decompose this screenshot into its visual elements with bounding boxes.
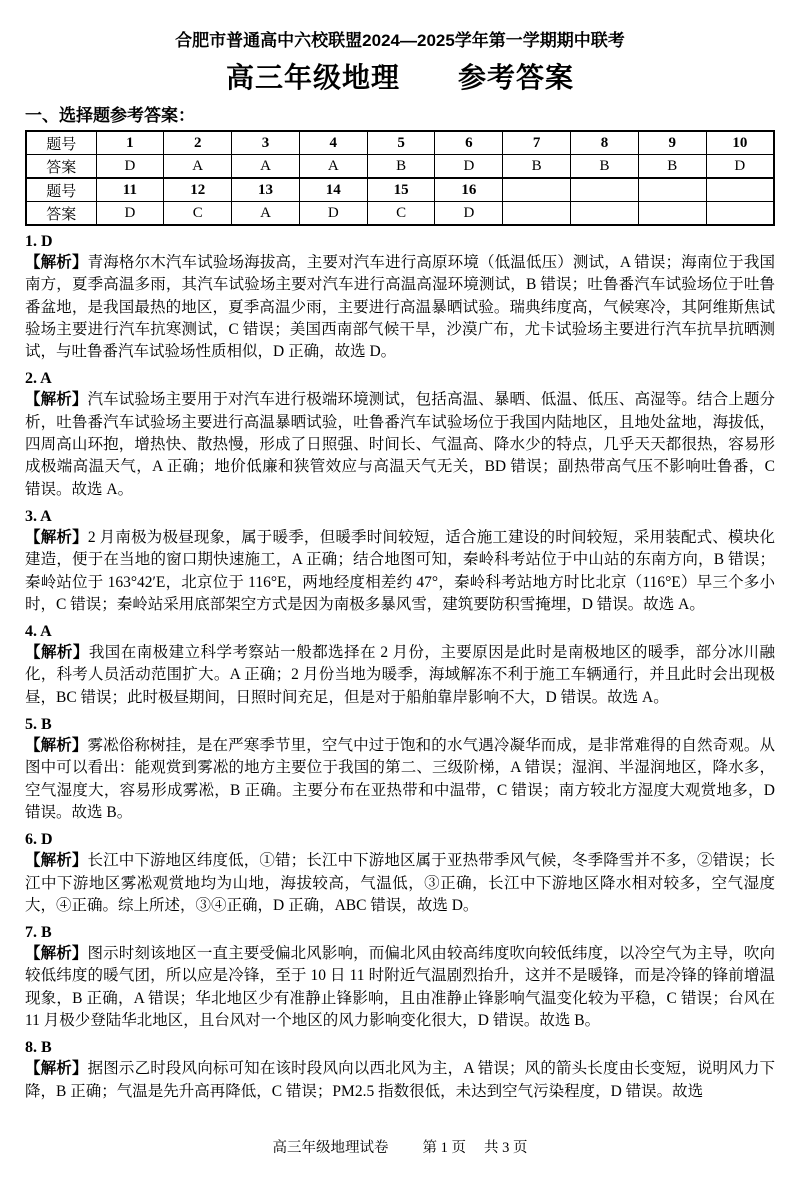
footer-page-number: 第 1 页 <box>423 1140 467 1156</box>
question-answer-label: 6. D <box>25 829 775 850</box>
answer-cell: B <box>571 155 639 179</box>
explanation-section-4: 4. A 【解析】我国在南极建立科学考察站一般都选择在 2 月份，主要原因是此时… <box>25 621 775 709</box>
answer-cell: C <box>367 202 435 226</box>
explanation-section-3: 3. A 【解析】2 月南极为极昼现象，属于暖季，但暖季时间较短，适合施工建设的… <box>25 506 775 616</box>
explanation-body-text: 据图示乙时段风向标可知在该时段风向以西北风为主，A 错误；风的箭头长度由长变短，… <box>25 1060 775 1099</box>
question-number-cell: 10 <box>706 131 774 155</box>
explanation-section-1: 1. D 【解析】青海格尔木汽车试验场海拔高，主要对汽车进行高原环境（低温低压）… <box>25 231 775 363</box>
table-row-question-numbers-2: 题号 11 12 13 14 15 16 <box>26 178 774 202</box>
answer-cell: B <box>638 155 706 179</box>
explanation-section-8: 8. B 【解析】据图示乙时段风向标可知在该时段风向以西北风为主，A 错误；风的… <box>25 1037 775 1103</box>
question-number-cell: 3 <box>232 131 300 155</box>
explanation-body-text: 图示时刻该地区一直主要受偏北风影响，而偏北风由较高纬度吹向较低纬度，以冷空气为主… <box>25 945 775 1029</box>
row-label-cell: 答案 <box>26 202 96 226</box>
explanation-text: 【解析】图示时刻该地区一直主要受偏北风影响，而偏北风由较高纬度吹向较低纬度，以冷… <box>25 943 775 1032</box>
explanation-text: 【解析】我国在南极建立科学考察站一般都选择在 2 月份，主要原因是此时是南极地区… <box>25 642 775 709</box>
question-number-cell: 9 <box>638 131 706 155</box>
answer-cell: D <box>96 202 164 226</box>
answer-cell: A <box>232 202 300 226</box>
question-number-cell: 11 <box>96 178 164 202</box>
answer-cell: A <box>232 155 300 179</box>
row-label-cell: 题号 <box>26 131 96 155</box>
explanation-body-text: 汽车试验场主要用于对汽车进行极端环境测试，包括高温、暴晒、低温、低压、高湿等。结… <box>25 391 775 497</box>
question-number-cell: 5 <box>367 131 435 155</box>
analysis-tag: 【解析】 <box>25 945 88 962</box>
table-row-question-numbers-1: 题号 1 2 3 4 5 6 7 8 9 10 <box>26 131 774 155</box>
explanation-body-text: 青海格尔木汽车试验场海拔高，主要对汽车进行高原环境（低温低压）测试，A 错误；海… <box>25 254 775 360</box>
empty-cell <box>706 202 774 226</box>
empty-cell <box>638 202 706 226</box>
explanation-text: 【解析】汽车试验场主要用于对汽车进行极端环境测试，包括高温、暴晒、低温、低压、高… <box>25 389 775 500</box>
question-number-cell: 13 <box>232 178 300 202</box>
question-number-cell: 14 <box>299 178 367 202</box>
answer-cell: A <box>164 155 232 179</box>
answer-cell: B <box>503 155 571 179</box>
answer-cell: B <box>367 155 435 179</box>
page-subtitle: 高三年级地理 参考答案 <box>25 61 775 95</box>
explanation-section-5: 5. B 【解析】雾凇俗称树挂，是在严寒季节里，空气中过于饱和的水气遇冷凝华而成… <box>25 714 775 824</box>
answer-cell: D <box>299 202 367 226</box>
analysis-tag: 【解析】 <box>25 254 88 271</box>
empty-cell <box>571 178 639 202</box>
exam-answer-page: 合肥市普通高中六校联盟2024—2025学年第一学期期中联考 高三年级地理 参考… <box>0 0 800 1200</box>
analysis-tag: 【解析】 <box>25 391 88 408</box>
question-number-cell: 15 <box>367 178 435 202</box>
question-answer-label: 4. A <box>25 621 775 642</box>
question-number-cell: 8 <box>571 131 639 155</box>
explanation-text: 【解析】青海格尔木汽车试验场海拔高，主要对汽车进行高原环境（低温低压）测试，A … <box>25 252 775 363</box>
analysis-tag: 【解析】 <box>25 529 88 546</box>
explanation-body-text: 长江中下游地区纬度低，①错；长江中下游地区属于亚热带季风气候，冬季降雪并不多，②… <box>25 852 775 914</box>
question-answer-label: 5. B <box>25 714 775 735</box>
table-row-answers-2: 答案 D C A D C D <box>26 202 774 226</box>
answer-cell: D <box>435 202 503 226</box>
empty-cell <box>503 202 571 226</box>
page-footer: 高三年级地理试卷第 1 页共 3 页 <box>0 1136 800 1157</box>
analysis-tag: 【解析】 <box>25 644 89 661</box>
answer-cell: D <box>96 155 164 179</box>
section-heading-choice-answers: 一、选择题参考答案： <box>25 105 775 127</box>
answer-table: 题号 1 2 3 4 5 6 7 8 9 10 答案 D A A A B D B… <box>25 130 775 226</box>
answer-cell: C <box>164 202 232 226</box>
explanation-section-2: 2. A 【解析】汽车试验场主要用于对汽车进行极端环境测试，包括高温、暴晒、低温… <box>25 368 775 500</box>
question-number-cell: 6 <box>435 131 503 155</box>
explanation-text: 【解析】据图示乙时段风向标可知在该时段风向以西北风为主，A 错误；风的箭头长度由… <box>25 1058 775 1103</box>
explanation-body-text: 我国在南极建立科学考察站一般都选择在 2 月份，主要原因是此时是南极地区的暖季，… <box>25 644 775 706</box>
question-number-cell: 12 <box>164 178 232 202</box>
question-answer-label: 1. D <box>25 231 775 252</box>
explanation-text: 【解析】长江中下游地区纬度低，①错；长江中下游地区属于亚热带季风气候，冬季降雪并… <box>25 850 775 917</box>
explanation-section-6: 6. D 【解析】长江中下游地区纬度低，①错；长江中下游地区属于亚热带季风气候，… <box>25 829 775 917</box>
analysis-tag: 【解析】 <box>25 852 88 869</box>
empty-cell <box>571 202 639 226</box>
row-label-cell: 题号 <box>26 178 96 202</box>
question-answer-label: 8. B <box>25 1037 775 1058</box>
exam-title: 合肥市普通高中六校联盟2024—2025学年第一学期期中联考 <box>25 30 775 52</box>
table-row-answers-1: 答案 D A A A B D B B B D <box>26 155 774 179</box>
explanation-section-7: 7. B 【解析】图示时刻该地区一直主要受偏北风影响，而偏北风由较高纬度吹向较低… <box>25 922 775 1032</box>
question-number-cell: 4 <box>299 131 367 155</box>
explanation-body-text: 雾凇俗称树挂，是在严寒季节里，空气中过于饱和的水气遇冷凝华而成，是非常难得的自然… <box>25 737 775 821</box>
question-number-cell: 1 <box>96 131 164 155</box>
answer-cell: D <box>706 155 774 179</box>
empty-cell <box>706 178 774 202</box>
empty-cell <box>638 178 706 202</box>
question-number-cell: 16 <box>435 178 503 202</box>
answer-cell: A <box>299 155 367 179</box>
explanation-text: 【解析】2 月南极为极昼现象，属于暖季，但暖季时间较短，适合施工建设的时间较短，… <box>25 527 775 616</box>
question-number-cell: 2 <box>164 131 232 155</box>
empty-cell <box>503 178 571 202</box>
question-answer-label: 3. A <box>25 506 775 527</box>
analysis-tag: 【解析】 <box>25 1060 88 1077</box>
question-answer-label: 7. B <box>25 922 775 943</box>
explanation-body-text: 2 月南极为极昼现象，属于暖季，但暖季时间较短，适合施工建设的时间较短，采用装配… <box>25 529 775 613</box>
question-number-cell: 7 <box>503 131 571 155</box>
footer-page-total: 共 3 页 <box>484 1140 528 1156</box>
row-label-cell: 答案 <box>26 155 96 179</box>
footer-doc-name: 高三年级地理试卷 <box>273 1140 389 1156</box>
explanation-text: 【解析】雾凇俗称树挂，是在严寒季节里，空气中过于饱和的水气遇冷凝华而成，是非常难… <box>25 735 775 824</box>
question-answer-label: 2. A <box>25 368 775 389</box>
answer-cell: D <box>435 155 503 179</box>
analysis-tag: 【解析】 <box>25 737 88 754</box>
